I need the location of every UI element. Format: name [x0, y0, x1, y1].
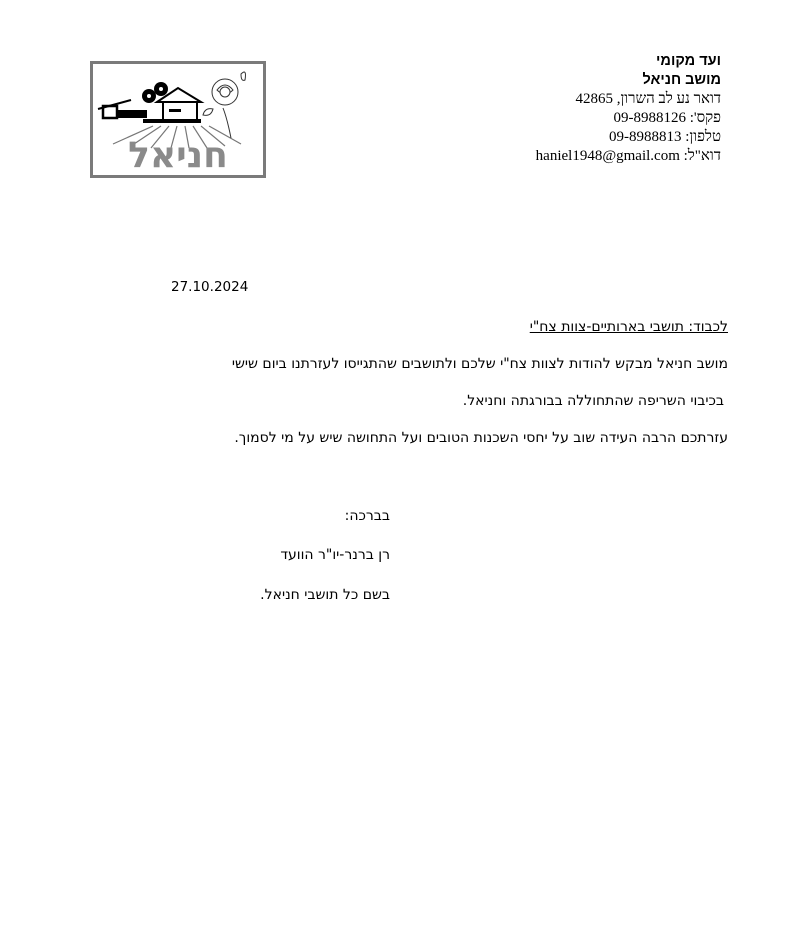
logo-illustration-icon: חניאל [93, 64, 263, 175]
letterhead-contact: ועד מקומי מושב חניאל דואר נע לב השרון, 4… [421, 52, 721, 166]
org-name: ועד מקומי [421, 52, 721, 71]
phone-number: טלפון: 09-8988813 [421, 128, 721, 147]
postal-address: דואר נע לב השרון, 42865 [421, 90, 721, 109]
closing-greeting: בברכה: [90, 507, 390, 525]
paragraph-3: עזרתכם הרבה העידה שוב על יחסי השכנות הטו… [188, 429, 728, 447]
svg-text:חניאל: חניאל [128, 135, 228, 175]
letter-page: חניאל ועד מקומי מושב חניאל דואר נע לב הש… [0, 0, 790, 947]
paragraph-1: מושב חניאל מבקש להודות לצוות צח"י שלכם ו… [188, 355, 728, 373]
signature-name: רן ברנר-יו"ר הוועד [90, 546, 390, 564]
on-behalf-line: בשם כל תושבי חניאל. [90, 586, 390, 604]
fax-number: פקס': 09-8988126 [421, 109, 721, 128]
paragraph-2: בכיבוי השריפה שהתחוללה בבורגתה וחניאל. [184, 392, 724, 410]
moshav-name: מושב חניאל [421, 71, 721, 90]
letter-date: 27.10.2024 [171, 279, 248, 295]
letter-subject: לכבוד: תושבי בארותיים-צוות צח"י [188, 318, 728, 336]
email-address: דוא"ל: haniel1948@gmail.com [421, 147, 721, 166]
haniel-logo: חניאל [90, 61, 266, 178]
